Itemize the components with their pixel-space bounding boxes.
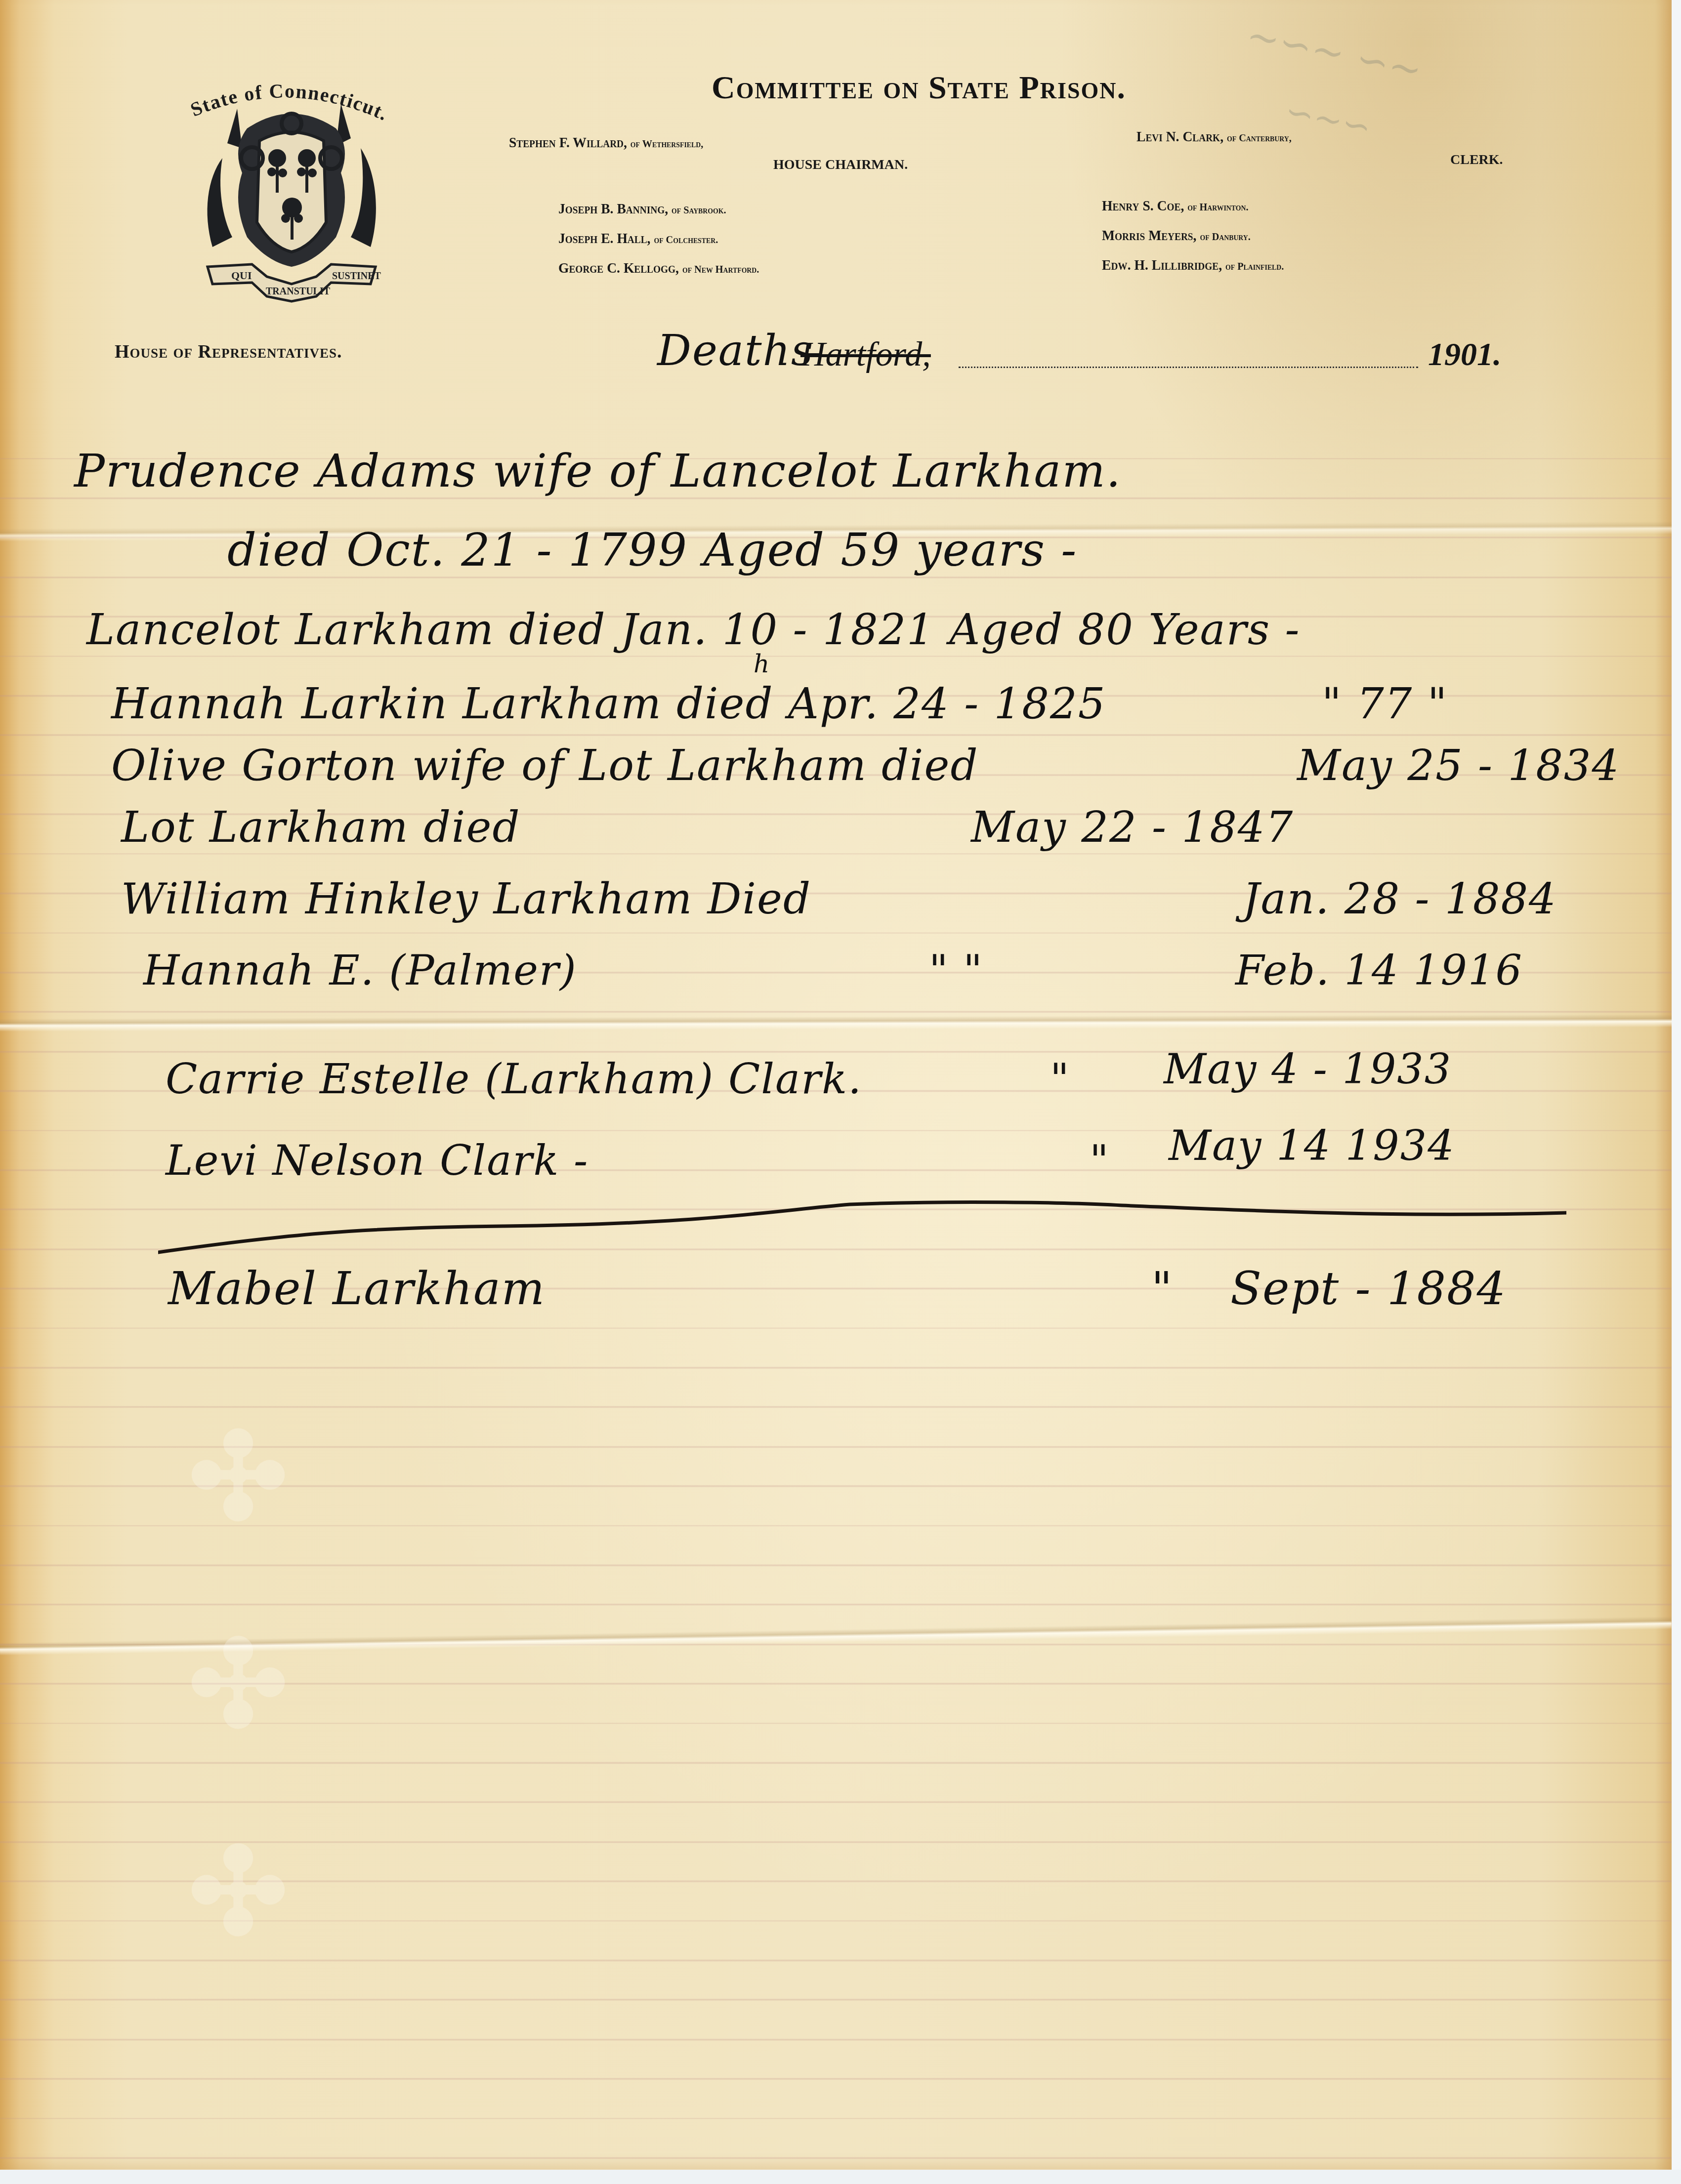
scanner-bed-edge	[1672, 0, 1681, 2184]
member-name: Stephen F. Willard,	[509, 134, 627, 151]
clerk-role: CLERK.	[1450, 152, 1503, 168]
ditto-marks: "	[1050, 1055, 1070, 1103]
entry-text: Prudence Adams wife of Lancelot Larkham.	[74, 445, 1122, 497]
printed-year: 1901.	[1428, 336, 1502, 373]
member-town: of Canterbury,	[1227, 131, 1292, 144]
member-town: of Danbury.	[1200, 230, 1250, 243]
entry-text: Hannah E. (Palmer)	[143, 946, 577, 994]
committee-member: Edw. H. Lillibridge, of Plainfield.	[1102, 257, 1284, 274]
deaths-heading: Deaths	[657, 326, 814, 375]
coat-of-arms-icon: QUI TRANSTULIT SUSTINET	[193, 89, 390, 306]
svg-text:TRANSTULIT: TRANSTULIT	[266, 286, 331, 297]
entry-text: Levi Nelson Clark -	[166, 1136, 588, 1185]
date-line: Deaths Hartford, 1901.	[657, 326, 1537, 385]
entry-text: Mabel Larkham	[168, 1262, 546, 1315]
death-date: Feb. 14 1916	[1235, 946, 1523, 994]
house-of-representatives-label: House of Representatives.	[115, 341, 342, 363]
chairman-role: HOUSE CHAIRMAN.	[773, 157, 908, 173]
entry-text: Hannah Larkin Larkham died Apr. 24 - 182…	[111, 679, 1106, 729]
svg-text:SUSTINET: SUSTINET	[332, 271, 381, 282]
member-town: of New Hartford.	[682, 263, 759, 275]
death-date: May 25 - 1834	[1297, 741, 1620, 790]
pencil-show-through: ∼∽∼ ∽∼	[1242, 12, 1426, 94]
committee-member: Joseph B. Banning, of Saybrook.	[558, 201, 726, 217]
chairman-entry: Stephen F. Willard, of Wethersfield,	[509, 134, 703, 151]
committee-member: Joseph E. Hall, of Colchester.	[558, 230, 718, 247]
death-date: May 4 - 1933	[1164, 1045, 1452, 1093]
inserted-letter: h	[754, 650, 770, 678]
date-fill-line	[959, 367, 1418, 368]
entry-text: Carrie Estelle (Larkham) Clark.	[166, 1055, 862, 1103]
member-name: George C. Kellogg,	[558, 260, 679, 276]
entry-text: Lancelot Larkham died Jan. 10 - 1821 Age…	[86, 605, 1301, 655]
member-town: of Saybrook.	[672, 204, 726, 216]
member-name: Levi N. Clark,	[1136, 128, 1223, 145]
member-town: of Plainfield.	[1225, 260, 1284, 272]
member-name: Joseph B. Banning,	[558, 201, 668, 217]
entry-text: died Oct. 21 - 1799 Aged 59 years -	[227, 524, 1077, 577]
committee-member: George C. Kellogg, of New Hartford.	[558, 260, 759, 277]
scanner-bed-edge	[0, 2170, 1681, 2184]
struck-place-name: Hartford,	[800, 335, 931, 374]
ditto-marks: " 77 "	[1322, 679, 1448, 729]
death-date: Sept - 1884	[1230, 1262, 1507, 1315]
letter-paper: ✣ ✣ ✣ ∼∽∼ ∽∼ ∽∼∽ State of Connecticut.	[0, 0, 1672, 2170]
ink-divider-line	[158, 1200, 1566, 1260]
ditto-marks: " "	[929, 946, 983, 994]
death-date: May 14 1934	[1169, 1121, 1455, 1170]
member-town: of Harwinton.	[1187, 201, 1248, 213]
member-town: of Colchester.	[654, 233, 718, 246]
pencil-show-through: ∽∼∽	[1281, 90, 1375, 148]
member-town: of Wethersfield,	[630, 137, 703, 150]
member-name: Henry S. Coe,	[1102, 198, 1184, 214]
connecticut-seal: State of Connecticut. QUI TRANST	[119, 44, 455, 371]
ditto-marks: "	[1151, 1262, 1173, 1315]
committee-member: Henry S. Coe, of Harwinton.	[1102, 198, 1248, 214]
paper-watermark: ✣ ✣ ✣	[178, 1408, 306, 2149]
committee-member: Morris Meyers, of Danbury.	[1102, 227, 1251, 244]
death-date: May 22 - 1847	[971, 803, 1294, 852]
committee-title: Committee on State Prison.	[712, 69, 1126, 107]
svg-text:QUI: QUI	[231, 269, 252, 282]
member-name: Morris Meyers,	[1102, 227, 1197, 244]
death-date: Jan. 28 - 1884	[1243, 874, 1557, 924]
entry-text: Lot Larkham died	[121, 803, 520, 852]
entry-text: Olive Gorton wife of Lot Larkham died	[111, 741, 979, 790]
member-name: Joseph E. Hall,	[558, 230, 651, 247]
ditto-marks: "	[1090, 1136, 1110, 1185]
member-name: Edw. H. Lillibridge,	[1102, 257, 1222, 273]
entry-text: William Hinkley Larkham Died	[121, 874, 811, 924]
clerk-entry: Levi N. Clark, of Canterbury,	[1136, 128, 1292, 145]
